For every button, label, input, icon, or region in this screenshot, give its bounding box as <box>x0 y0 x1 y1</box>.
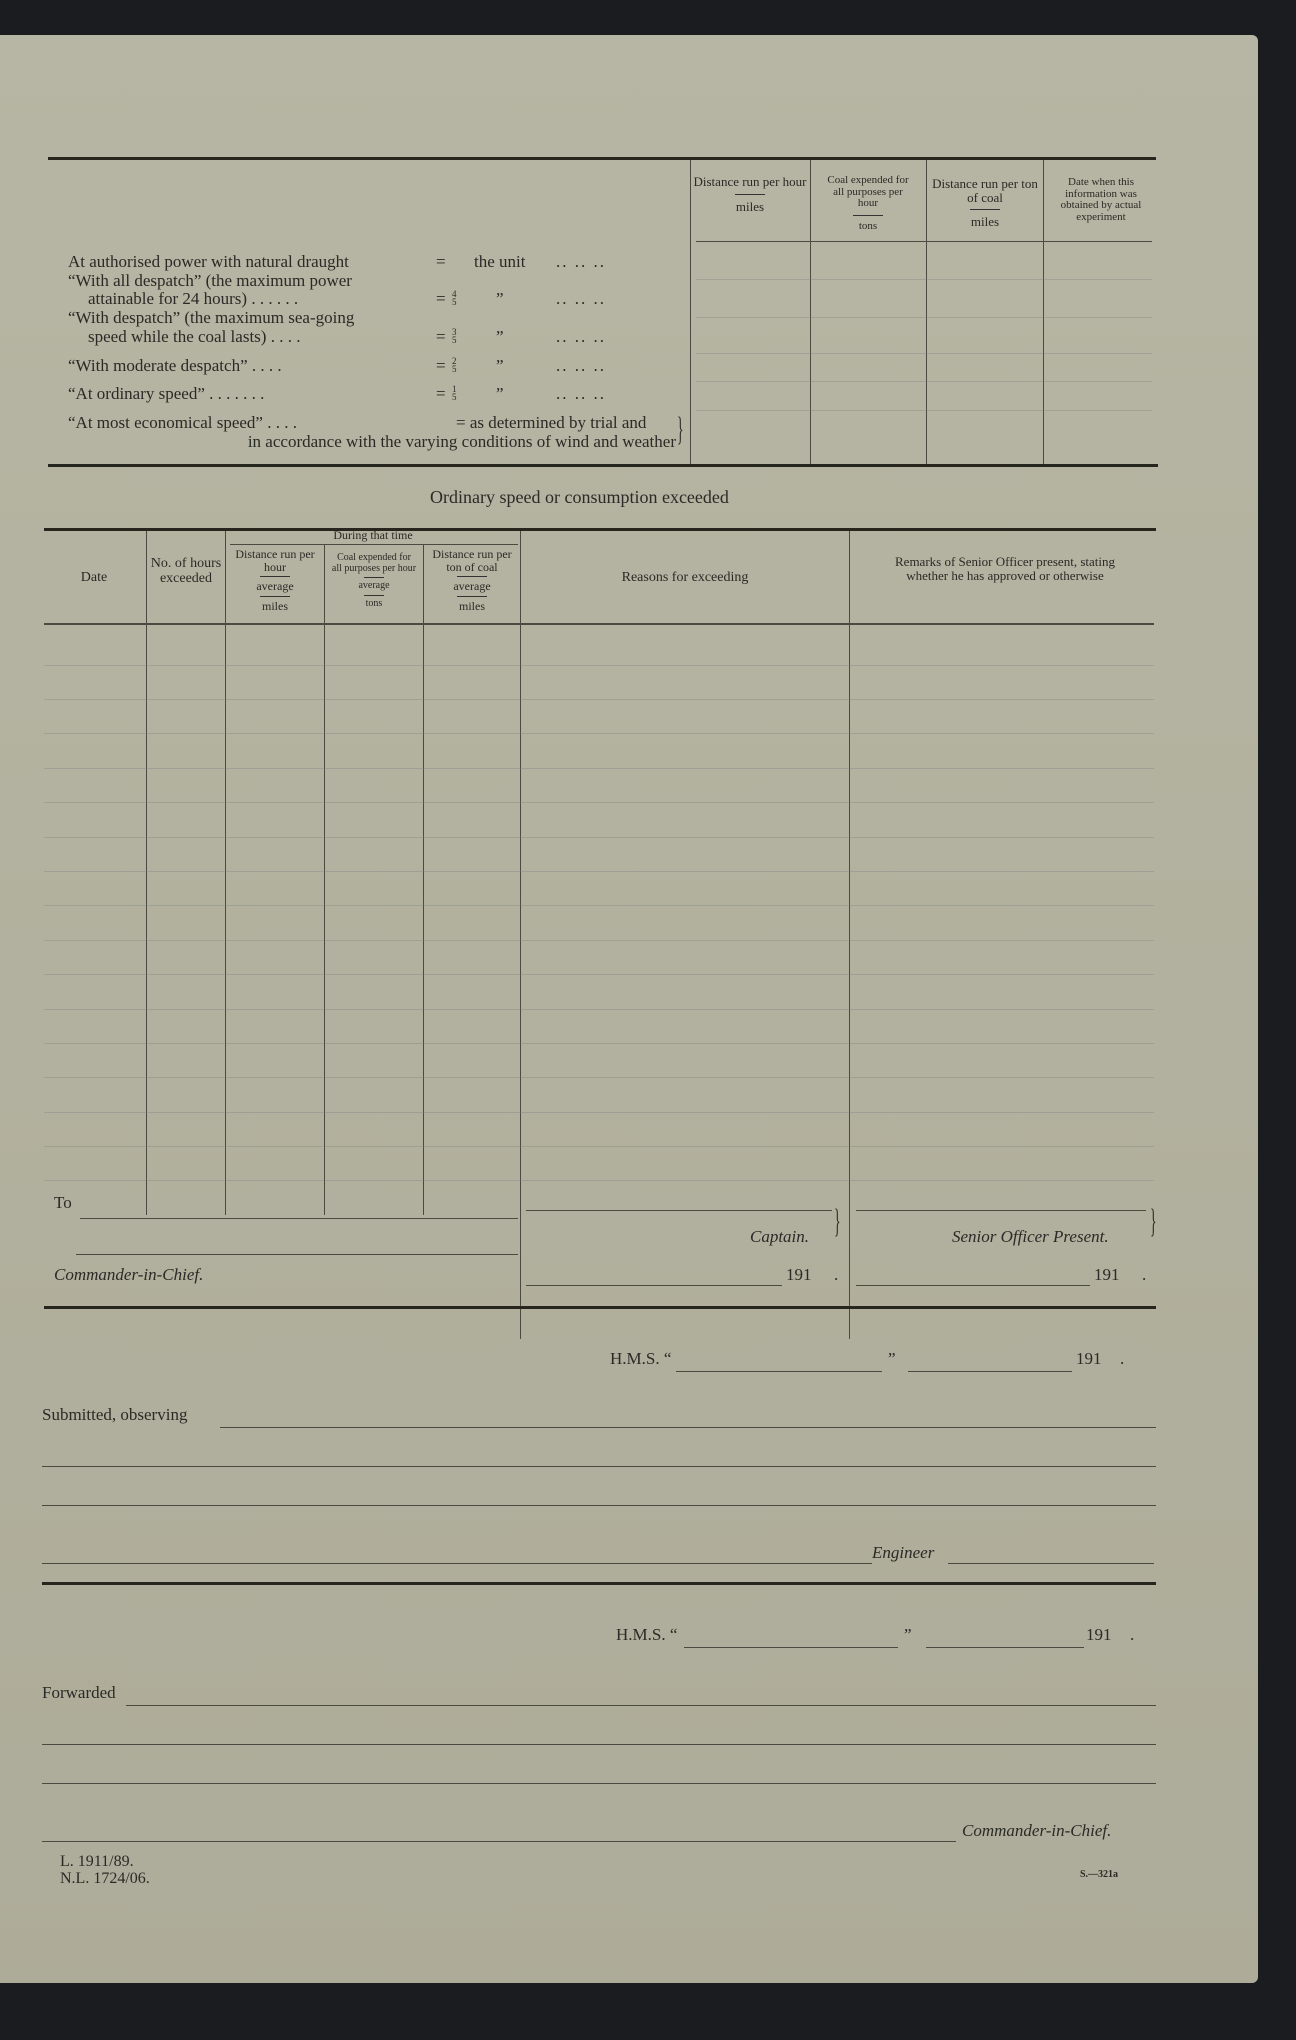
senior-officer-signature-field[interactable] <box>856 1210 1146 1211</box>
to-label: To <box>54 1193 72 1213</box>
captain-signature-field[interactable] <box>526 1210 832 1211</box>
period: . <box>1142 1265 1146 1285</box>
row-equals: = <box>436 289 446 309</box>
reference-numbers: L. 1911/89. N.L. 1724/06. <box>60 1853 150 1887</box>
exceeded-table-top-rule <box>44 528 1156 531</box>
section-title: Ordinary speed or consumption exceeded <box>430 487 729 508</box>
senior-officer-date-field[interactable] <box>856 1285 1090 1286</box>
to-field-line-2[interactable] <box>76 1254 518 1255</box>
row-equals: = <box>436 356 446 376</box>
top-rule <box>48 157 1156 160</box>
reference-nl: N.L. 1724/06. <box>60 1870 150 1887</box>
row-authorised-power: At authorised power with natural draught <box>68 252 349 272</box>
header-experiment-date: Date when this information was obtained … <box>1045 177 1157 223</box>
header-label: Distance run per hour <box>692 175 808 189</box>
row-moderate-despatch: “With moderate despatch” . . . . <box>68 356 282 376</box>
signature-bottom-rule <box>44 1306 1156 1309</box>
ditto-mark: ” <box>496 356 504 376</box>
header-label: Distance run per ton of coal <box>930 177 1040 204</box>
row-value: = as determined by trial and <box>456 413 646 433</box>
brace-icon: } <box>1150 1203 1157 1241</box>
leader-dots: .. .. .. <box>556 252 606 272</box>
submitted-line-3[interactable] <box>42 1505 1156 1506</box>
header-distance-per-hour: Distance run per hour average miles <box>226 548 324 612</box>
senior-officer-label: Senior Officer Present. <box>952 1227 1109 1247</box>
header-underline <box>696 241 1152 242</box>
header-distance-per-ton: Distance run per ton of coal miles <box>928 177 1042 229</box>
submitted-observing-field[interactable] <box>220 1427 1156 1428</box>
row-economical-speed-cont: in accordance with the varying condition… <box>248 432 676 452</box>
forwarded-line-2[interactable] <box>42 1744 1156 1745</box>
hms-label: H.M.S. “ <box>616 1625 677 1645</box>
captain-label: Captain. <box>750 1227 809 1247</box>
ditto-mark: ” <box>496 327 504 347</box>
row-equals: = <box>436 252 446 272</box>
year: 191 <box>1076 1349 1102 1369</box>
ditto-mark: ” <box>496 384 504 404</box>
brace-icon: } <box>834 1203 841 1241</box>
row-equals: = <box>436 327 446 347</box>
header-label: Date when this information was obtained … <box>1048 177 1154 223</box>
captain-date-field[interactable] <box>526 1285 782 1286</box>
hms-label: H.M.S. “ <box>610 1349 671 1369</box>
header-unit: miles <box>692 200 808 214</box>
hms-close-quote: ” <box>904 1625 912 1645</box>
row-all-despatch: “With all despatch” (the maximum power <box>68 271 352 291</box>
header-date: Date <box>44 571 144 586</box>
header-distance-per-hour: Distance run per hour miles <box>692 175 808 213</box>
leader-dots: .. .. .. <box>556 327 606 347</box>
captain-year: 191 <box>786 1265 812 1285</box>
reference-l: L. 1911/89. <box>60 1853 150 1870</box>
column-divider <box>1043 160 1044 464</box>
fraction-two-fifths: 25 <box>452 356 457 374</box>
header-unit: miles <box>928 215 1042 229</box>
row-ordinary-speed: “At ordinary speed” . . . . . . . <box>68 384 264 404</box>
ship-name-field[interactable] <box>684 1647 898 1648</box>
submitted-line-4[interactable] <box>42 1563 872 1564</box>
leader-dots: .. .. .. <box>556 356 606 376</box>
leader-dots: .. .. .. <box>556 289 606 309</box>
row-all-despatch-cont: attainable for 24 hours) . . . . . . <box>88 289 298 309</box>
date-field[interactable] <box>908 1371 1072 1372</box>
senior-officer-year: 191 <box>1094 1265 1120 1285</box>
period: . <box>834 1265 838 1285</box>
hms-close-quote: ” <box>888 1349 896 1369</box>
row-equals: = <box>436 384 446 404</box>
header-remarks: Remarks of Senior Officer present, stati… <box>880 555 1130 582</box>
brace-icon: } <box>677 411 684 449</box>
commander-label: Commander-in-Chief. <box>54 1265 203 1285</box>
form-page: Distance run per hour miles Coal expende… <box>0 35 1258 1983</box>
fraction-three-fifths: 35 <box>452 327 457 345</box>
fraction-four-fifths: 45 <box>452 289 457 307</box>
column-divider <box>926 160 927 464</box>
column-divider <box>690 160 691 464</box>
commander-label: Commander-in-Chief. <box>962 1821 1111 1841</box>
submitted-bottom-rule <box>42 1582 1156 1585</box>
header-during-that-time: During that time <box>226 529 520 542</box>
ditto-mark: ” <box>496 289 504 309</box>
form-number: S.—321a <box>1080 1869 1118 1880</box>
period: . <box>1130 1625 1134 1645</box>
column-divider <box>810 160 811 464</box>
forwarded-field[interactable] <box>126 1705 1156 1706</box>
header-hours-exceeded: No. of hours exceeded <box>150 557 222 586</box>
row-despatch: “With despatch” (the maximum sea-going <box>68 308 354 328</box>
date-field[interactable] <box>926 1647 1084 1648</box>
row-economical-speed: “At most economical speed” . . . . <box>68 413 297 433</box>
forwarded-line-3[interactable] <box>42 1783 1156 1784</box>
ship-name-field[interactable] <box>676 1371 882 1372</box>
row-despatch-cont: speed while the coal lasts) . . . . <box>88 327 300 347</box>
header-reasons: Reasons for exceeding <box>522 571 848 586</box>
header-coal-per-hour: Coal expended for all purposes per hour … <box>325 553 423 609</box>
exceeded-table-body[interactable] <box>44 627 1154 1217</box>
header-label: Coal expended for all purposes per hour <box>825 175 911 210</box>
header-distance-per-ton: Distance run per ton of coal average mil… <box>424 548 520 612</box>
year: 191 <box>1086 1625 1112 1645</box>
engineer-label: Engineer <box>872 1543 934 1563</box>
period: . <box>1120 1349 1124 1369</box>
header-coal-per-hour: Coal expended for all purposes per hour … <box>812 175 924 232</box>
group-header-underline <box>230 544 518 545</box>
leader-dots: .. .. .. <box>556 384 606 404</box>
submitted-label: Submitted, observing <box>42 1405 187 1425</box>
submitted-line-2[interactable] <box>42 1466 1156 1467</box>
to-field[interactable] <box>80 1218 518 1219</box>
forwarded-label: Forwarded <box>42 1683 116 1703</box>
engineer-signature-field[interactable] <box>948 1563 1154 1564</box>
fraction-one-fifth: 15 <box>452 384 457 402</box>
forwarded-line-4[interactable] <box>42 1841 956 1842</box>
row-label: At authorised power with natural draught <box>68 252 349 271</box>
power-table-bottom-rule <box>48 464 1158 467</box>
header-unit: tons <box>812 221 924 233</box>
exceeded-header-bottom-rule <box>44 623 1154 625</box>
row-value: the unit <box>474 252 525 272</box>
